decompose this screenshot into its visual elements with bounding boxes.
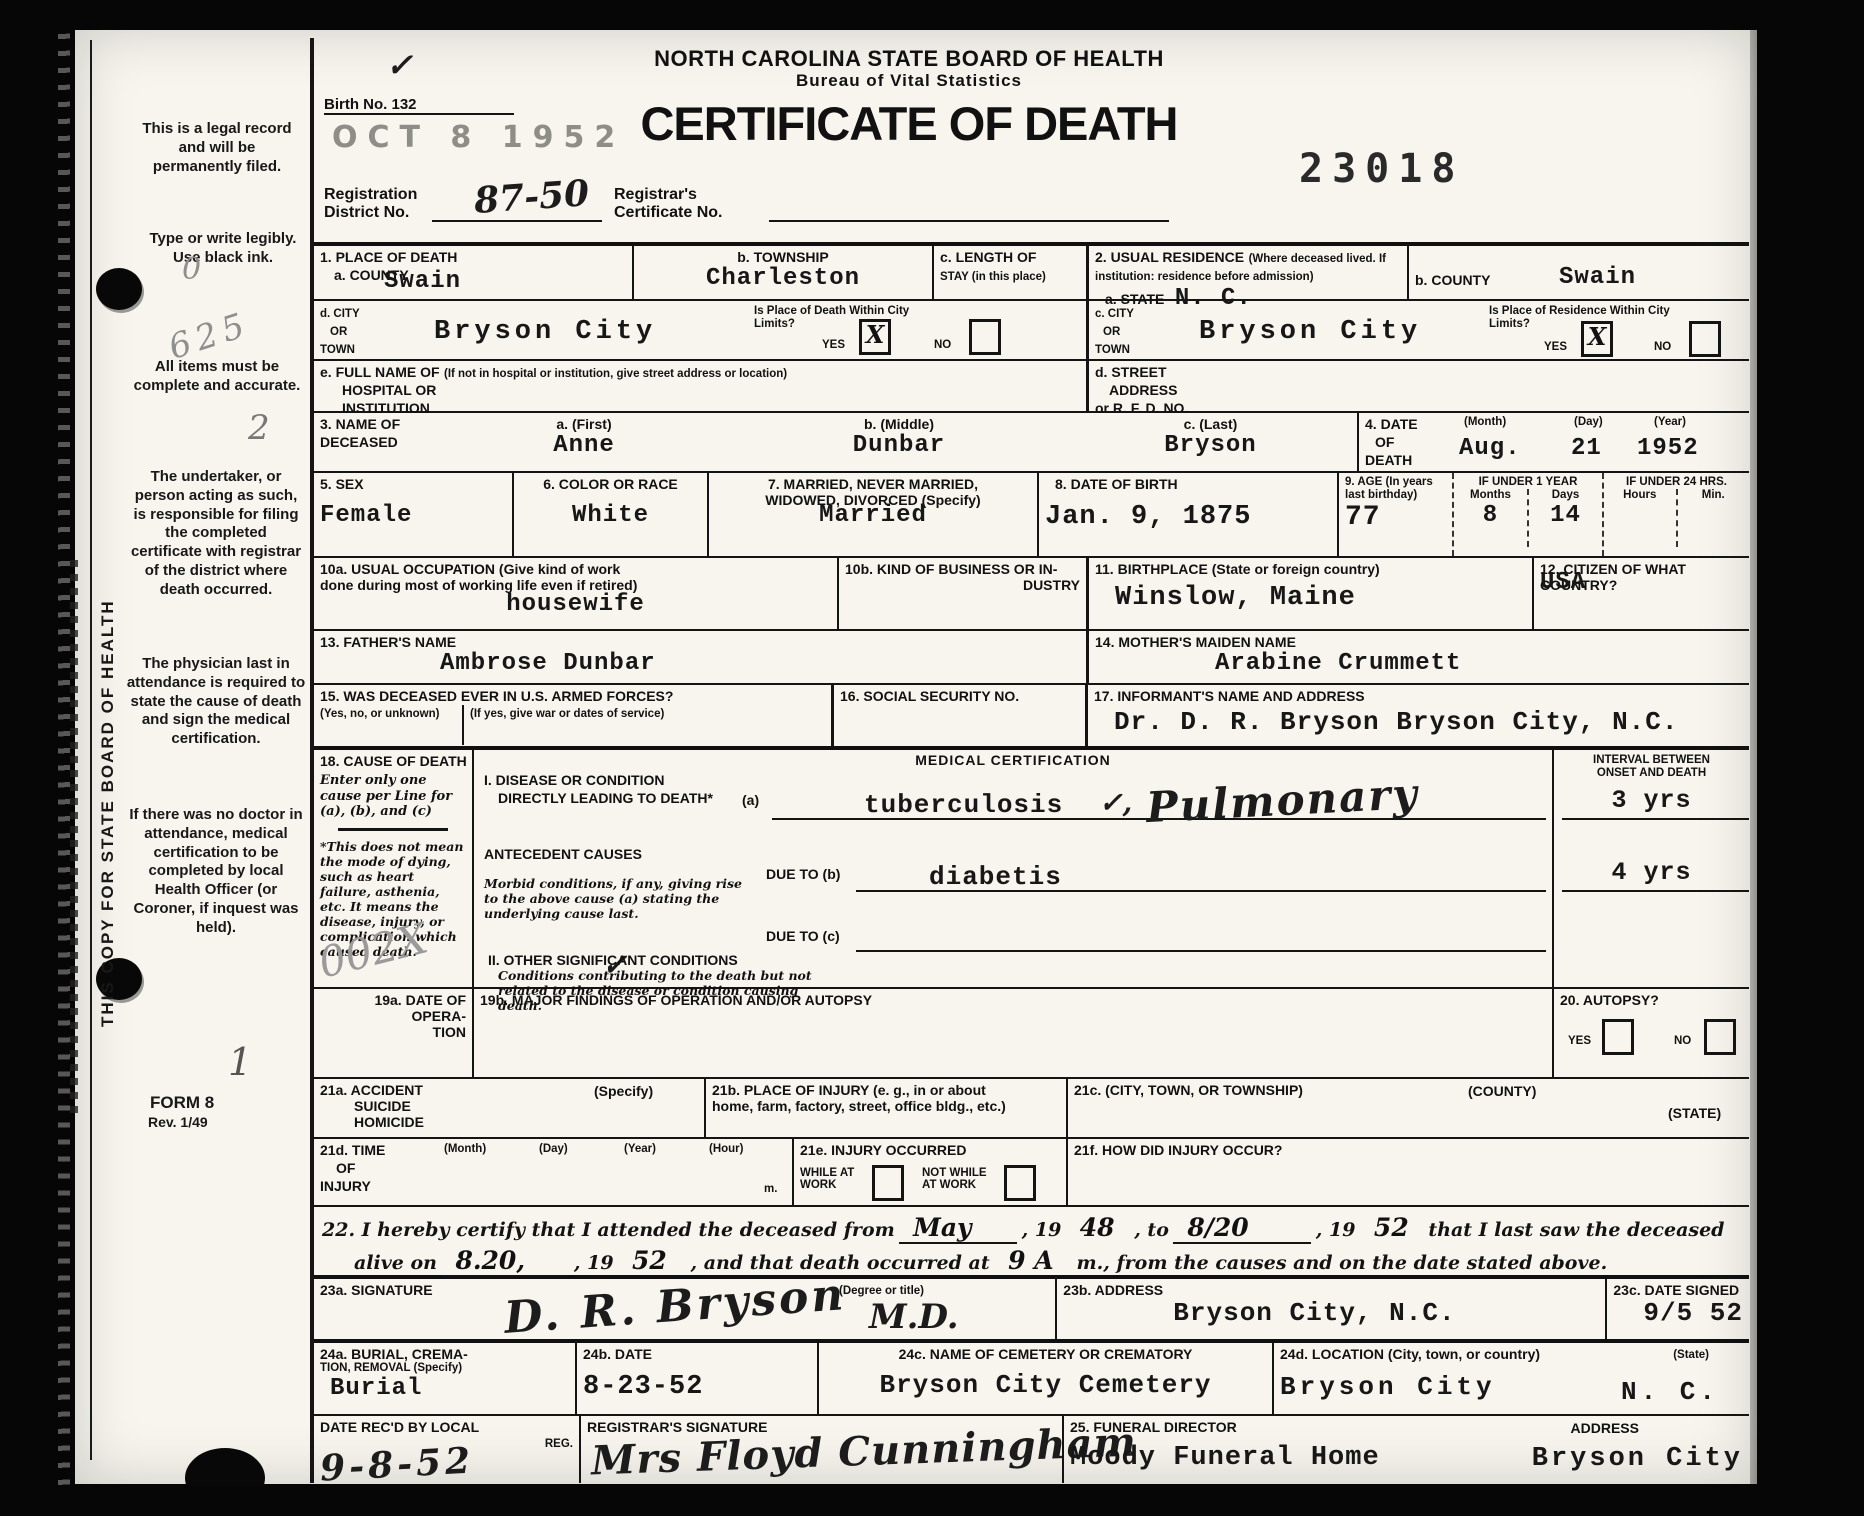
header-center: NORTH CAROLINA STATE BOARD OF HEALTH Bur… xyxy=(604,46,1214,151)
field-signature-address: 23b. ADDRESS Bryson City, N.C. xyxy=(1057,1279,1607,1340)
scan-noise-left-2 xyxy=(70,560,78,1120)
form-revision: Rev. 1/49 xyxy=(148,1114,208,1132)
field-date-of-birth: 8. DATE OF BIRTH Jan. 9, 1875 xyxy=(1039,473,1339,556)
margin-note-ink: Type or write legibly. Use black ink. xyxy=(148,230,298,268)
field-birthplace: 11. BIRTHPLACE (State or foreign country… xyxy=(1089,558,1534,629)
death-limits-yes-checkbox: X xyxy=(859,319,891,355)
field-age-months: Months 8 xyxy=(1454,489,1529,547)
field-autopsy: 20. AUTOPSY? YES NO xyxy=(1552,989,1749,1077)
certify-line-2: alive on 8.20, , 19 52 , and that death … xyxy=(314,1244,1749,1277)
field-date-signed: 23c. DATE SIGNED 9/5 52 xyxy=(1607,1279,1749,1340)
cause-b-value: diabetis xyxy=(929,862,1062,892)
checkmark-top: ✓ xyxy=(386,46,413,84)
interval-b: 4 yrs xyxy=(1554,858,1749,887)
field-first-name: a. (First) Anne xyxy=(434,413,734,471)
hole-punch-top xyxy=(96,268,142,310)
row-cause-of-death: 18. CAUSE OF DEATH Enter only one cause … xyxy=(314,750,1749,989)
registration-district-label: Registration District No. xyxy=(324,186,417,223)
field-informant: 17. INFORMANT'S NAME AND ADDRESS Dr. D. … xyxy=(1088,685,1749,746)
form-number: FORM 8 xyxy=(150,1092,214,1113)
row-forces-informant: 15. WAS DECEASED EVER IN U.S. ARMED FORC… xyxy=(314,685,1749,750)
last-alive-year: 52 xyxy=(618,1246,686,1275)
field-city-of-death: d. CITY OR TOWN Bryson City Is Place of … xyxy=(314,301,1089,359)
field-injury-city: 21c. (CITY, TOWN, OR TOWNSHIP) (COUNTY) … xyxy=(1068,1079,1749,1137)
margin-handwriting-1: 1 xyxy=(228,1040,252,1084)
autopsy-no-checkbox xyxy=(1704,1019,1736,1055)
registration-district-value: 87-50 xyxy=(473,172,591,222)
field-race: 6. COLOR OR RACE White xyxy=(514,473,709,556)
death-hour: 9 A xyxy=(994,1246,1072,1275)
field-date-received: DATE REC'D BY LOCAL REG. 9-8-52 xyxy=(314,1416,581,1483)
left-margin-rule xyxy=(90,40,92,1460)
field-major-findings: 19b. MAJOR FINDINGS OF OPERATION AND/OR … xyxy=(474,989,1552,1077)
death-limits-no-checkbox xyxy=(969,319,1001,355)
cause-of-death-sidebar: 18. CAUSE OF DEATH Enter only one cause … xyxy=(314,750,474,987)
field-last-name: c. (Last) Bryson xyxy=(1064,413,1359,471)
field-cemetery-name: 24c. NAME OF CEMETERY OR CREMATORY Bryso… xyxy=(819,1343,1274,1414)
page-title: CERTIFICATE OF DEATH xyxy=(604,97,1214,151)
physician-signature-value: D. R. Bryson xyxy=(503,1269,848,1344)
field-citizenship: 12. CITIZEN OF WHAT COUNTRY? USA xyxy=(1534,558,1749,629)
field-physician-signature: 23a. SIGNATURE D. R. Bryson (Degree or t… xyxy=(314,1279,1057,1340)
field-business-industry: 10b. KIND OF BUSINESS OR IN- DUSTRY xyxy=(839,558,1089,629)
field-residence-state: 2. USUAL RESIDENCE (Where deceased lived… xyxy=(1089,246,1409,299)
field-registrar-signature: REGISTRAR'S SIGNATURE Mrs Floyd Cunningh… xyxy=(581,1416,1064,1483)
row-place-residence-1: 1. PLACE OF DEATH a. COUNTY Swain b. TOW… xyxy=(314,246,1749,301)
date-received-value: 9-8-52 xyxy=(319,1434,574,1489)
field-funeral-director: 25. FUNERAL DIRECTOR ADDRESS Moody Funer… xyxy=(1064,1416,1749,1483)
certify-line-1: 22. I hereby certify that I attended the… xyxy=(314,1207,1749,1244)
field-armed-forces: 15. WAS DECEASED EVER IN U.S. ARMED FORC… xyxy=(314,685,834,746)
injury-not-at-work-checkbox xyxy=(1004,1165,1036,1201)
field-burial-type: 24a. BURIAL, CREMA- TION, REMOVAL (Speci… xyxy=(314,1343,577,1414)
row-occupation: 10a. USUAL OCCUPATION (Give kind of work… xyxy=(314,558,1749,631)
attended-from-year: 48 xyxy=(1066,1213,1130,1242)
attended-to-value: 8/20 xyxy=(1173,1213,1311,1244)
margin-vertical-text: THIS COPY FOR STATE BOARD OF HEALTH xyxy=(98,452,118,1027)
scan-edge-right xyxy=(1750,0,1864,1516)
attended-to-year: 52 xyxy=(1360,1213,1424,1242)
field-hospital-name: e. FULL NAME OF (If not in hospital or i… xyxy=(314,361,1089,411)
field-under-24-hrs: IF UNDER 24 HRS. Hours Min. xyxy=(1604,473,1749,556)
registration-district-line xyxy=(432,220,602,222)
field-time-of-injury: 21d. TIME OF INJURY (Month) (Day) (Year)… xyxy=(314,1139,794,1205)
scan-noise-left xyxy=(58,0,70,1516)
row-burial: 24a. BURIAL, CREMA- TION, REMOVAL (Speci… xyxy=(314,1343,1749,1416)
attended-from-value: May xyxy=(899,1213,1017,1244)
interval-column: INTERVAL BETWEEN ONSET AND DEATH 3 yrs 4… xyxy=(1552,750,1749,987)
last-alive-date: 8.20, xyxy=(441,1246,569,1277)
field-mother-maiden-name: 14. MOTHER'S MAIDEN NAME Arabine Crummet… xyxy=(1089,631,1749,684)
registrar-certificate-label: Registrar's Certificate No. xyxy=(614,186,722,223)
field-under-1-year: IF UNDER 1 YEAR Months 8 Days 14 xyxy=(1454,473,1604,556)
row-sex-age: 5. SEX Female 6. COLOR OR RACE White 7. … xyxy=(314,473,1749,558)
scanned-death-certificate: THIS COPY FOR STATE BOARD OF HEALTH This… xyxy=(0,0,1864,1516)
field-cemetery-location: 24d. LOCATION (City, town, or country) (… xyxy=(1274,1343,1749,1414)
field-street-address: d. STREET ADDRESS or R. F. D. NO. xyxy=(1089,361,1749,411)
row-accident: 21a. ACCIDENT SUICIDE HOMICIDE (Specify)… xyxy=(314,1079,1749,1139)
medical-certification: MEDICAL CERTIFICATION I. DISEASE OR COND… xyxy=(474,750,1552,987)
birth-no: Birth No. 132 xyxy=(324,96,514,115)
certificate-form: ✓ Birth No. 132 OCT 8 1952 NORTH CAROLIN… xyxy=(310,38,1749,1483)
field-occupation: 10a. USUAL OCCUPATION (Give kind of work… xyxy=(314,558,839,629)
field-injury-occurred: 21e. INJURY OCCURRED WHILE ATWORK NOT WH… xyxy=(794,1139,1068,1205)
org-name: NORTH CAROLINA STATE BOARD OF HEALTH xyxy=(604,46,1214,71)
interval-a: 3 yrs xyxy=(1554,786,1749,815)
row-injury-time: 21d. TIME OF INJURY (Month) (Day) (Year)… xyxy=(314,1139,1749,1207)
degree-value: M.D. xyxy=(869,1297,959,1337)
margin-handwriting-0: 0 xyxy=(182,252,201,287)
certificate-serial: 23018 xyxy=(1299,146,1464,192)
residence-limits-yes-checkbox: X xyxy=(1581,321,1613,357)
cause-a-checkmark: ✓, xyxy=(1099,786,1132,819)
field-county-of-death: 1. PLACE OF DEATH a. COUNTY Swain xyxy=(314,246,634,299)
field-marital-status: 7. MARRIED, NEVER MARRIED, WIDOWED, DIVO… xyxy=(709,473,1039,556)
field-ssn: 16. SOCIAL SECURITY NO. xyxy=(834,685,1088,746)
field-age-min: Min. xyxy=(1678,489,1750,547)
field-age-hours: Hours xyxy=(1604,489,1678,547)
scan-edge-top xyxy=(0,0,1864,30)
field-father-name: 13. FATHER'S NAME Ambrose Dunbar xyxy=(314,631,1089,684)
cause-a-handwritten: Pulmonary xyxy=(1145,769,1420,832)
row-hospital-street: e. FULL NAME OF (If not in hospital or i… xyxy=(314,361,1749,413)
autopsy-yes-checkbox xyxy=(1602,1019,1634,1055)
row-certify-statement: 22. I hereby certify that I attended the… xyxy=(314,1207,1749,1279)
form-header: ✓ Birth No. 132 OCT 8 1952 NORTH CAROLIN… xyxy=(314,38,1749,246)
scan-edge-bottom xyxy=(0,1486,1864,1516)
date-received-stamp: OCT 8 1952 xyxy=(332,120,625,155)
field-length-of-stay: c. LENGTH OF STAY (in this place) xyxy=(934,246,1089,299)
death-city-limits-question: Is Place of Death Within City Limits? xyxy=(754,305,944,330)
row-signature: 23a. SIGNATURE D. R. Bryson (Degree or t… xyxy=(314,1279,1749,1344)
field-sex: 5. SEX Female xyxy=(314,473,514,556)
row-city-town: d. CITY OR TOWN Bryson City Is Place of … xyxy=(314,301,1749,361)
margin-handwriting-2: 2 xyxy=(248,408,270,448)
field-how-injury-occurred: 21f. HOW DID INJURY OCCUR? xyxy=(1068,1139,1749,1205)
row-operation-autopsy: 19a. DATE OF OPERA- TION 19b. MAJOR FIND… xyxy=(314,989,1749,1079)
field-township: b. TOWNSHIP Charleston xyxy=(634,246,934,299)
margin-note-undertaker: The undertaker, or person acting as such… xyxy=(128,468,304,599)
name-of-deceased-label: 3. NAME OF DECEASED xyxy=(314,413,434,471)
margin-note-legal: This is a legal record and will be perma… xyxy=(133,120,301,176)
field-accident-suicide: 21a. ACCIDENT SUICIDE HOMICIDE (Specify) xyxy=(314,1079,706,1137)
field-burial-date: 24b. DATE 8-23-52 xyxy=(577,1343,819,1414)
field-age-days: Days 14 xyxy=(1529,489,1602,547)
margin-note-complete: All items must be complete and accurate. xyxy=(133,358,301,396)
margin-note-physician: The physician last in attendance is requ… xyxy=(126,655,306,749)
row-name-dod: 3. NAME OF DECEASED a. (First) Anne b. (… xyxy=(314,413,1749,473)
row-parents: 13. FATHER'S NAME Ambrose Dunbar 14. MOT… xyxy=(314,631,1749,686)
field-date-of-operation: 19a. DATE OF OPERA- TION xyxy=(314,989,474,1077)
bureau-name: Bureau of Vital Statistics xyxy=(604,71,1214,91)
field-age: 9. AGE (In years last birthday) 77 xyxy=(1339,473,1454,556)
injury-at-work-checkbox xyxy=(872,1165,904,1201)
field-residence-city: c. CITY OR TOWN Bryson City Is Place of … xyxy=(1089,301,1749,359)
cause-a-value: tuberculosis xyxy=(864,790,1063,820)
field-place-of-injury: 21b. PLACE OF INJURY (e. g., in or about… xyxy=(706,1079,1068,1137)
cause-c-line xyxy=(856,950,1546,952)
field-date-of-death: 4. DATE OF DEATH (Month) Aug. (Day) 21 (… xyxy=(1359,413,1749,471)
registrar-certificate-line xyxy=(769,220,1169,222)
field-residence-county: b. COUNTY Swain xyxy=(1409,246,1749,299)
residence-limits-no-checkbox xyxy=(1689,321,1721,357)
row-registrar: DATE REC'D BY LOCAL REG. 9-8-52 REGISTRA… xyxy=(314,1416,1749,1483)
field-middle-name: b. (Middle) Dunbar xyxy=(734,413,1064,471)
margin-note-coroner: If there was no doctor in attendance, me… xyxy=(126,806,306,937)
